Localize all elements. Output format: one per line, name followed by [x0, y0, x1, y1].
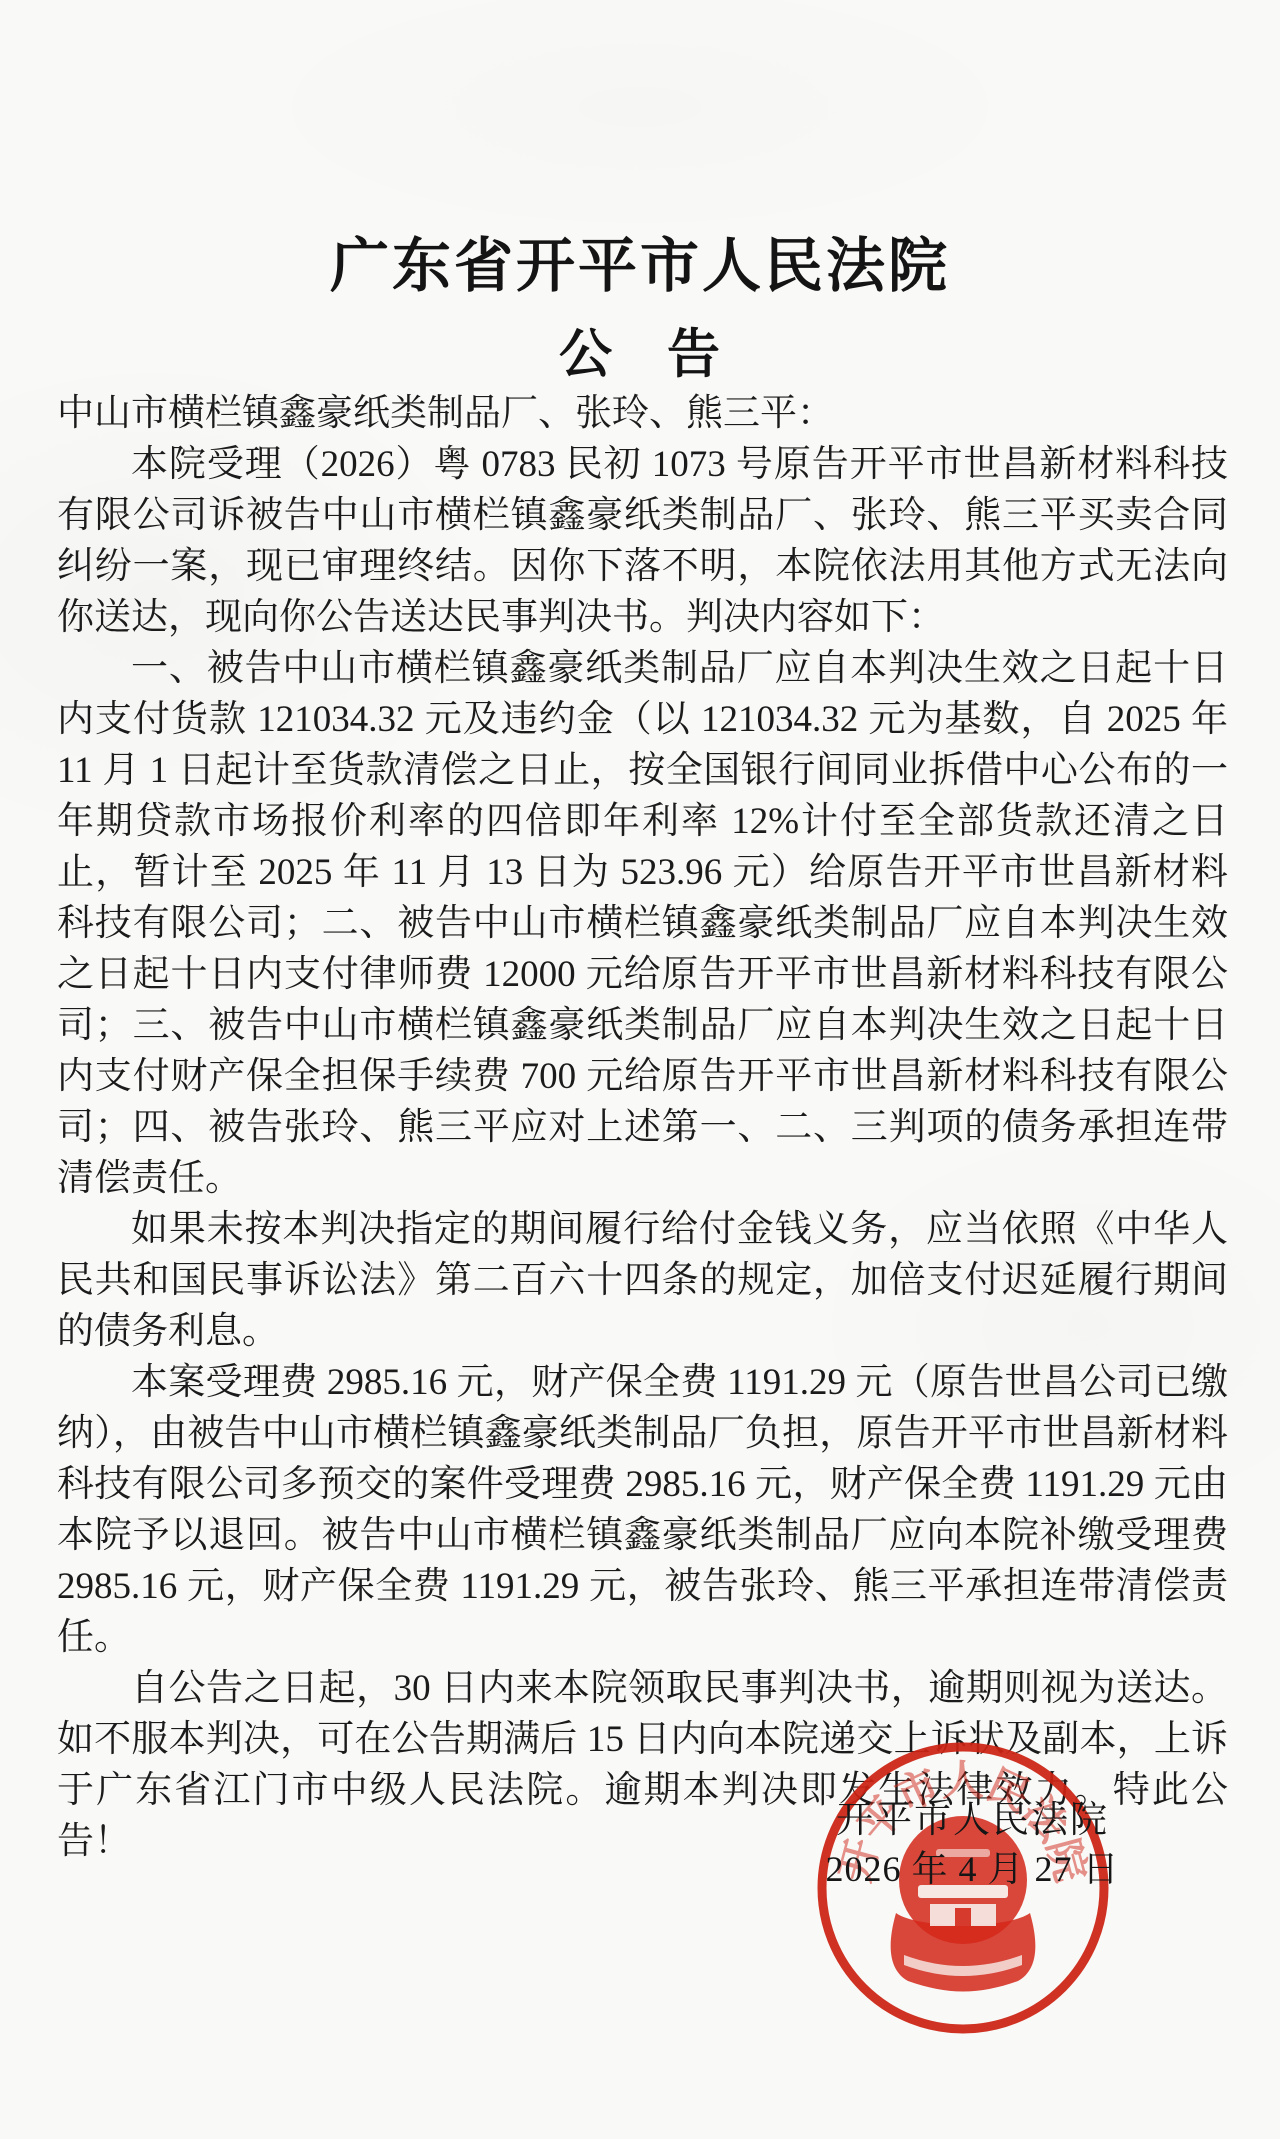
notice-page: 广东省开平市人民法院 公 告 中山市横栏镇鑫豪纸类制品厂、张玲、熊三平： 本院受… — [0, 0, 1280, 2139]
signature-block: 开平市人民法院 2026 年 4 月 27 日 — [775, 1796, 1170, 1894]
body-paragraph: 本院受理（2026）粤 0783 民初 1073 号原告开平市世昌新材料科技有限… — [57, 439, 1228, 643]
notice-heading: 公 告 — [0, 312, 1280, 388]
body-paragraph: 如果未按本判决指定的期间履行给付金钱义务，应当依照《中华人民共和国民事诉讼法》第… — [57, 1204, 1228, 1357]
body-paragraph: 本案受理费 2985.16 元，财产保全费 1191.29 元（原告世昌公司已缴… — [57, 1357, 1228, 1663]
page-title: 广东省开平市人民法院 — [0, 218, 1280, 303]
body-paragraph: 一、被告中山市横栏镇鑫豪纸类制品厂应自本判决生效之日起十日内支付货款 12103… — [57, 643, 1228, 1204]
signature-date: 2026 年 4 月 27 日 — [775, 1845, 1170, 1894]
signature-court-name: 开平市人民法院 — [775, 1796, 1170, 1845]
addressee-line: 中山市横栏镇鑫豪纸类制品厂、张玲、熊三平： — [57, 388, 1228, 439]
notice-body: 中山市横栏镇鑫豪纸类制品厂、张玲、熊三平： 本院受理（2026）粤 0783 民… — [57, 388, 1228, 1867]
